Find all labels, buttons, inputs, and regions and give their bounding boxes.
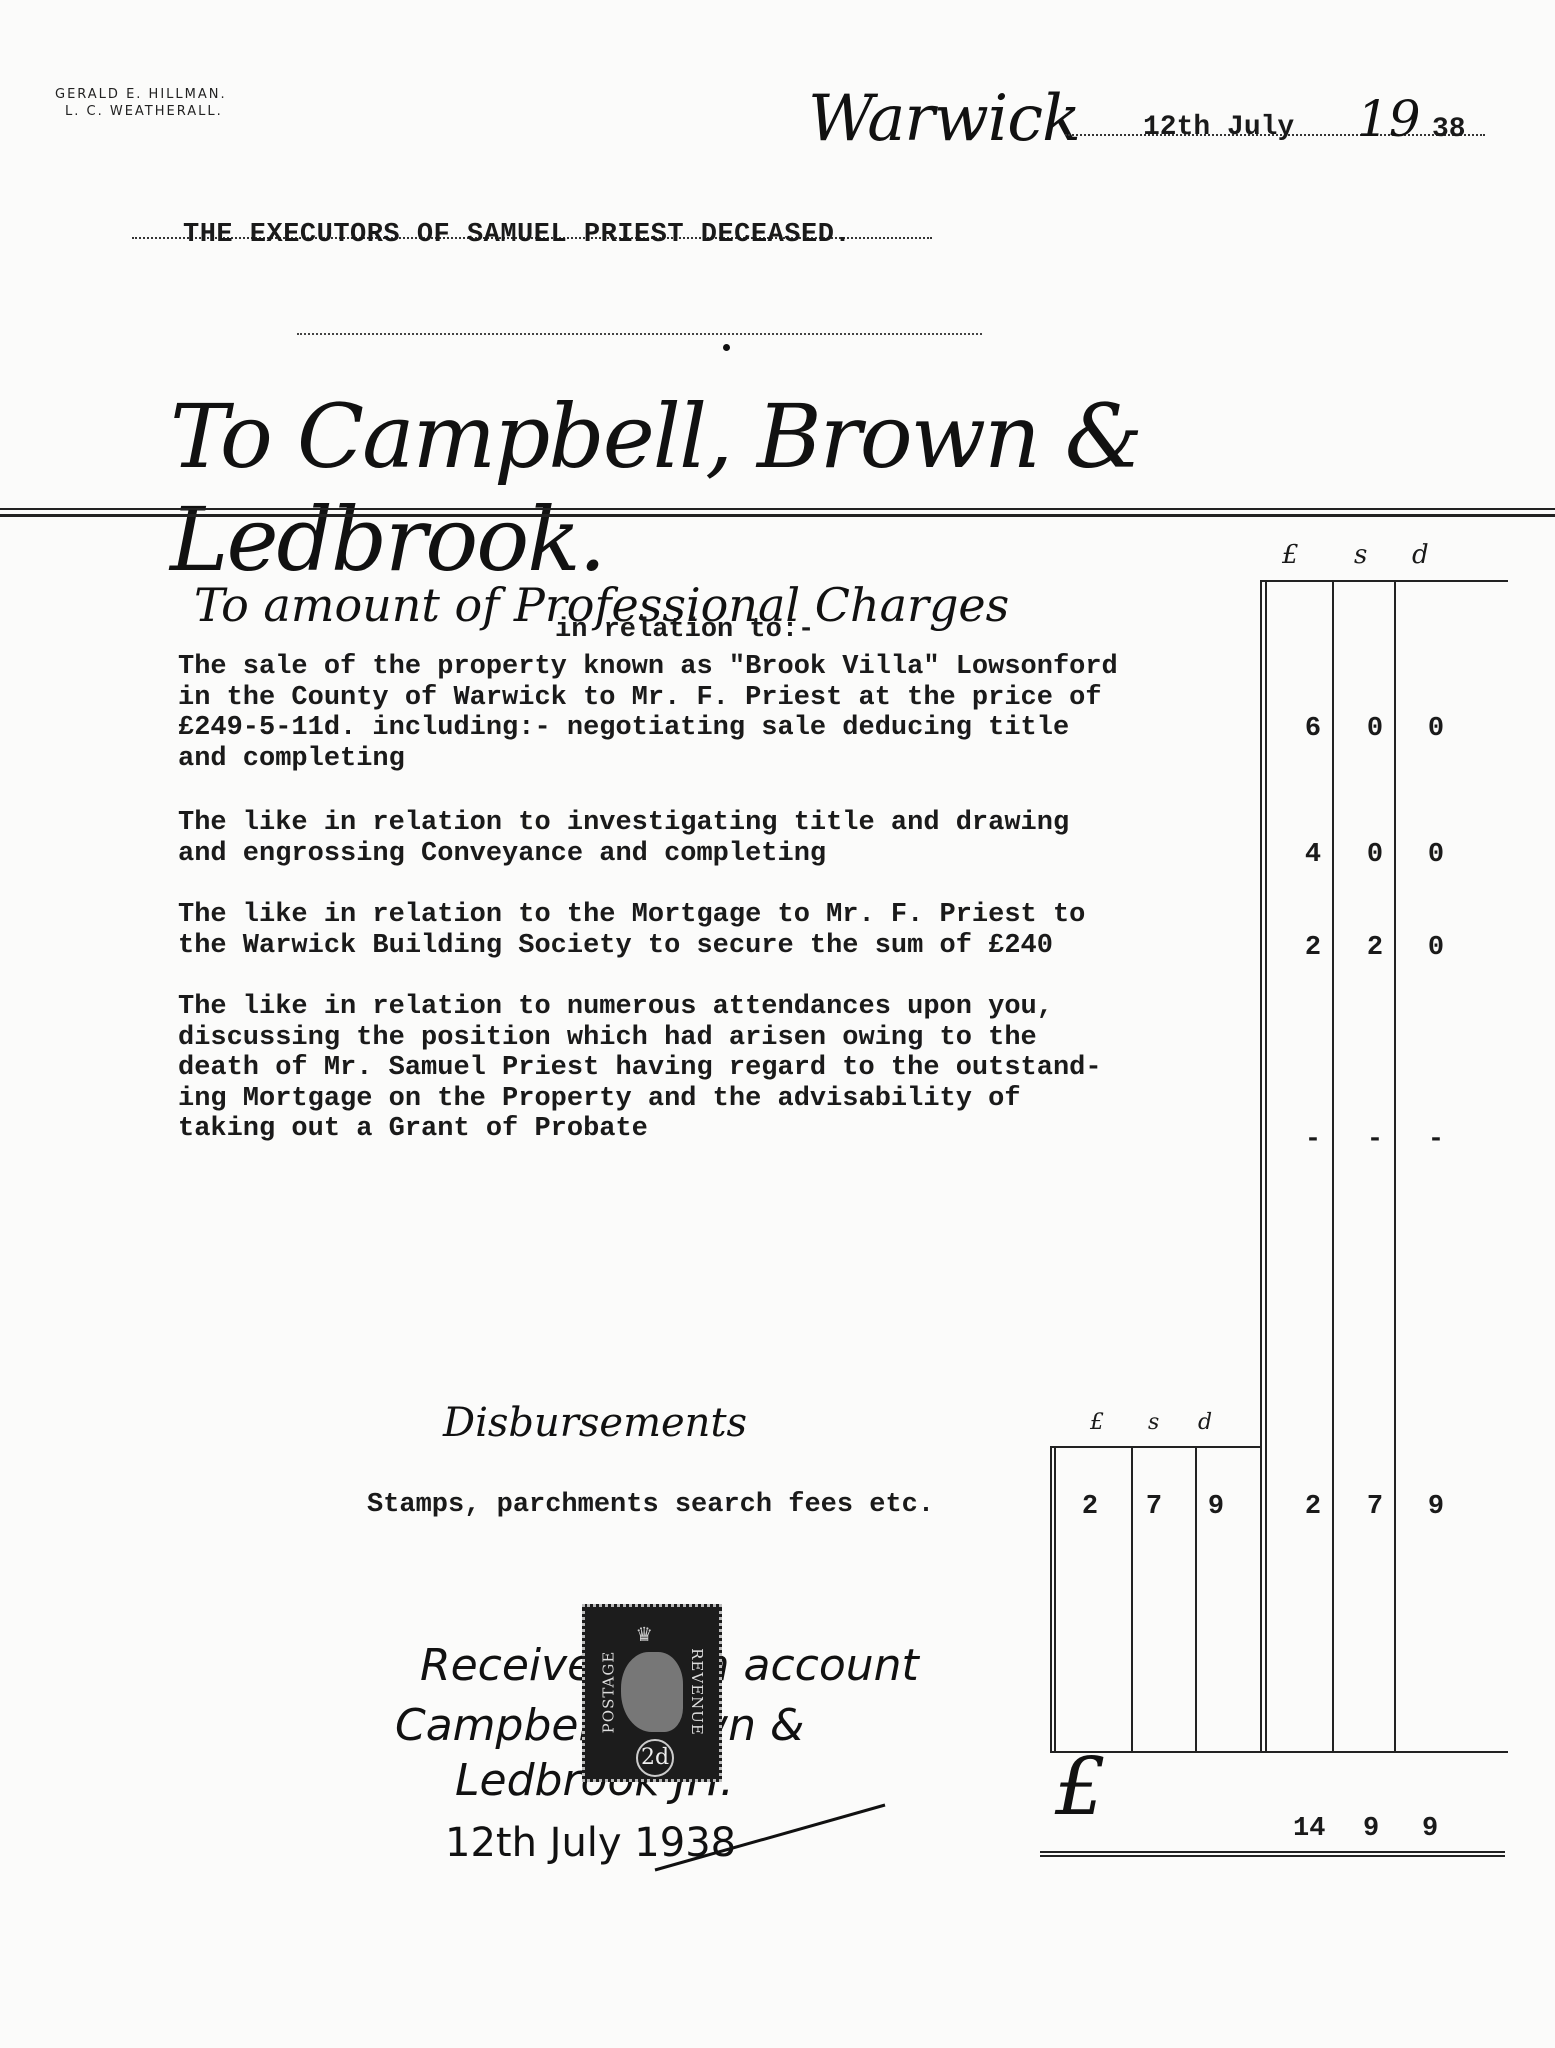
ink-dot [723,344,730,351]
place-name: Warwick [808,82,1080,156]
king-portrait [621,1652,683,1732]
total-rule [1040,1855,1505,1857]
blank-address-rule [297,333,982,335]
pounds-column-header: £ [1090,1410,1104,1435]
pence-column-header: d [1412,540,1429,570]
charge-pence: - [1416,1125,1456,1155]
receipt-flourish [650,1795,890,1875]
total-rule [1040,1851,1505,1853]
shillings-column-header: s [1354,540,1367,570]
carried-pounds: 2 [1293,1492,1333,1522]
pounds-column-header: £ [1282,540,1299,570]
carried-shillings: 7 [1355,1492,1395,1522]
charge-shillings: 0 [1355,714,1395,744]
addressee: THE EXECUTORS OF SAMUEL PRIEST DECEASED. [183,220,851,250]
column-rule [1131,1446,1133,1752]
charge-pence: 0 [1416,840,1456,870]
pence-column-header: d [1198,1410,1212,1435]
stamp-left-text: POSTAGE [599,1651,617,1734]
disbursement-header-rule [1050,1446,1260,1448]
disbursement-pounds: 2 [1070,1492,1110,1522]
total-shillings: 9 [1363,1814,1379,1844]
header-rule [0,514,1555,517]
charge-item: The sale of the property known as "Brook… [178,652,1258,774]
partner-names: GERALD E. HILLMAN. L. C. WEATHERALL. [55,86,227,120]
charge-item: The like in relation to investigating ti… [178,808,1258,869]
disbursement-item: Stamps, parchments search fees etc. [367,1490,934,1520]
charge-pounds: 2 [1293,933,1333,963]
charge-pence: 0 [1416,714,1456,744]
charge-shillings: - [1355,1125,1395,1155]
total-pounds: 14 [1293,1814,1325,1844]
disbursements-heading: Disbursements [443,1400,747,1446]
date-century: 19 [1357,90,1421,148]
column-rule [1265,580,1267,1753]
disbursement-shillings: 7 [1134,1492,1174,1522]
charge-pounds: 4 [1293,840,1333,870]
column-rule [1054,1446,1056,1752]
partner-name: L. C. WEATHERALL. [55,103,227,120]
charge-pence: 0 [1416,933,1456,963]
carried-pence: 9 [1416,1492,1456,1522]
disbursement-pence: 9 [1196,1492,1236,1522]
date-year: 38 [1432,114,1466,145]
partner-name: GERALD E. HILLMAN. [55,86,227,103]
charge-pounds: 6 [1293,714,1333,744]
stamp-value: 2d [636,1739,674,1777]
column-rule [1050,1446,1052,1752]
shillings-column-header: s [1148,1410,1159,1435]
crown-icon: ♛ [637,1619,651,1649]
date-day-month: 12th July [1143,112,1294,143]
charges-heading-typed: in relation to:- [555,615,814,645]
charge-shillings: 2 [1355,933,1395,963]
header-rule [0,508,1555,510]
postage-stamp: ♛ POSTAGE REVENUE 2d [582,1604,722,1782]
charge-pounds: - [1293,1125,1333,1155]
charge-item: The like in relation to the Mortgage to … [178,900,1258,961]
total-pound-sign: £ [1055,1740,1106,1833]
column-rule [1260,580,1262,1753]
column-header-rule [1260,580,1508,582]
total-pence: 9 [1422,1814,1438,1844]
firm-name: To Campbell, Brown & Ledbrook. [170,385,1555,591]
stamp-right-text: REVENUE [688,1648,706,1736]
charge-item: The like in relation to numerous attenda… [178,992,1258,1145]
charge-shillings: 0 [1355,840,1395,870]
column-rule [1394,580,1396,1753]
column-rule [1332,580,1334,1753]
columns-bottom-rule [1050,1751,1508,1753]
